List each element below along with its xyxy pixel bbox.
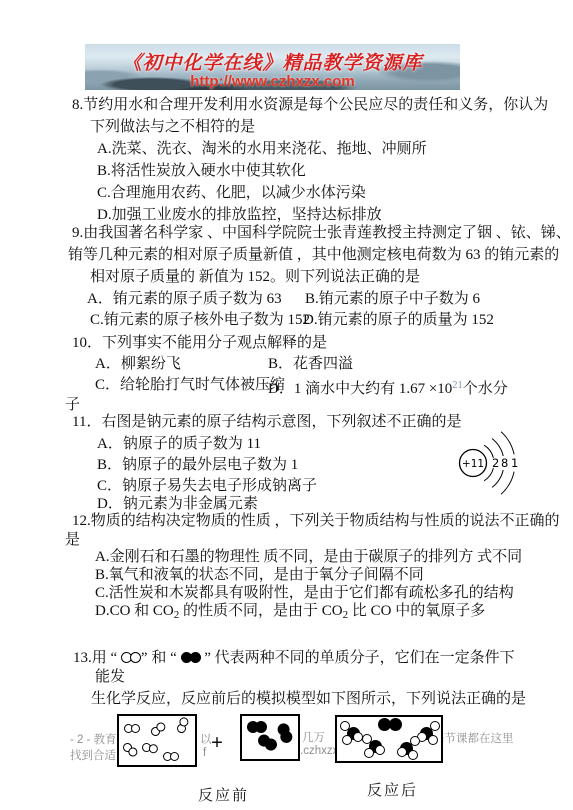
document-page: 《初中化学在线》精品教学资源库 http://www.czhxzx.com 8.… (0, 0, 573, 810)
q12-option-c: C.活性炭和木炭都具有吸附性，是由于它们都有疏松多孔的结构 (95, 585, 514, 602)
q8-option-d: D.加强工业废水的排放监控，坚持达标排放 (97, 207, 382, 224)
shell-electron-count-2: 8 (501, 456, 508, 470)
watermark-fragment: 几万 (302, 729, 325, 745)
q11-option-b: B．钠原子的最外层电子数为 1 (97, 457, 298, 474)
q10-option-a: A．柳絮纷飞 (95, 356, 181, 373)
nucleus-charge-label: +11 (462, 458, 484, 470)
banner-url-link[interactable]: http://www.czhxzx.com (85, 73, 460, 90)
q13-line2: 能发 (95, 669, 125, 686)
black-diatomic-molecule (378, 718, 403, 731)
q8-line1: 8.节约用水和合理开发利用水资源是每个公民应尽的责任和义务，你认为 (72, 97, 548, 114)
q12-line1: 12.物质的结构决定物质的性质 ，下列关于物质结构与性质的说法不正确的 (72, 513, 560, 530)
compound-molecule-1black-3white (362, 734, 388, 760)
q11-option-d: D．钠元素为非金属元素 (97, 496, 258, 513)
q9-option-a: A．铕元素的原子质子数为 63 (87, 291, 282, 308)
q11-option-a: A．钠原子的质子数为 11 (97, 436, 261, 453)
q12-option-d: D.CO 和 CO2 的性质不同，是由于 CO2 比 CO 中的氧原子多 (95, 603, 485, 624)
reaction-box-products (335, 715, 443, 763)
q9-line2: 铕等几种元素的相对原子质量新值 ，其中他测定核电荷数为 63 的铕元素的 (68, 247, 559, 264)
q10-option-d: D．1 滴水中大约有 1.67 ×1021个水分 (268, 377, 508, 398)
shell-electron-count-1: 2 (492, 456, 499, 470)
q12-option-b: B.氧气和液氧的状态不同，是由于氧分子间隔不同 (95, 567, 424, 584)
q8-option-a: A.洗菜、洗衣、淘米的水用来浇花、拖地、冲厕所 (97, 141, 427, 158)
reaction-box-black-molecules (240, 714, 300, 761)
watermark-fragment: 以 (200, 731, 212, 747)
label-after-reaction: 反应后 (367, 779, 418, 800)
q8-line2: 下列做法与之不相符的是 (90, 119, 255, 136)
watermark-fragment: 每节课都在这里 (433, 730, 514, 746)
q11-option-c: C．钠原子易失去电子形成钠离子 (97, 478, 317, 495)
q10-option-b: B．花香四溢 (268, 356, 353, 373)
white-molecule-icon (121, 651, 141, 668)
q8-option-b: B.将活性炭放入硬水中使其软化 (97, 163, 306, 180)
label-before-reaction: 反应前 (198, 784, 249, 805)
q13-line3: 生化学反应，反应前后的模拟模型如下图所示，下列说法正确的是 (91, 691, 526, 708)
q9-line3: 相对原子质量的 新值为 152。则下列说法正确的是 (90, 269, 420, 286)
q10-line1: 10．下列事实不能用分子观点解释的是 (72, 335, 327, 352)
q13-line1: 13.用 “ ” 和 “ ” 代表两种不同的单质分子，它们在一定条件下 (73, 650, 515, 668)
black-molecule-icon (181, 651, 201, 668)
reaction-box-white-molecules (117, 714, 197, 767)
banner-title: 《初中化学在线》精品教学资源库 (85, 48, 460, 75)
q11-line1: 11．右图是钠元素的原子结构示意图，下列叙述不正确的是 (72, 414, 461, 431)
q10-option-c: C．给轮胎打气时气体被压缩 (95, 377, 285, 394)
q8-option-c: C.合理施用农药、化肥，以减少水体污染 (97, 185, 366, 202)
q12-line2: 是 (65, 532, 80, 549)
q9-option-b: B.铕元素的原子中子数为 6 (305, 291, 480, 308)
atom-structure-diagram: +11 2 8 1 (448, 418, 573, 510)
shell-electron-count-3: 1 (511, 456, 518, 470)
compound-molecule-1black-3white (394, 736, 420, 762)
watermark-fragment: 找到合适 (70, 747, 116, 763)
plus-sign: + (211, 730, 223, 755)
q12-option-a: A.金刚石和石墨的物理性 质不同，是由于碳原子的排列方 式不同 (95, 549, 522, 566)
watermark-fragment: .czhxzx (300, 745, 338, 757)
watermark-fragment: - 2 - 教育 (70, 731, 117, 747)
site-banner: 《初中化学在线》精品教学资源库 http://www.czhxzx.com (85, 44, 460, 90)
q10-option-d-wrap: 子 (65, 397, 80, 414)
watermark-fragment: f (203, 747, 206, 759)
superscript-exponent: 21 (452, 380, 463, 391)
q9-option-c: C.铕元素的原子核外电子数为 152 (90, 312, 310, 329)
q9-option-d: D.铕元素的原子的质量为 152 (303, 312, 494, 329)
q9-line1: 9.由我国著名科学家 、中国科学院院士张青莲教授主持测定了铟 、铱、锑、 (72, 225, 571, 242)
